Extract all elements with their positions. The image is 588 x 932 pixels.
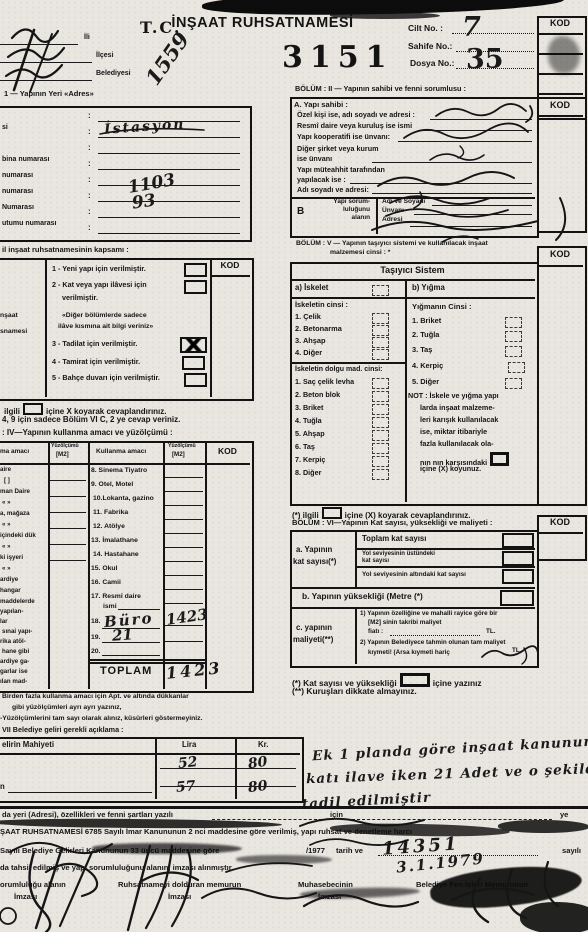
cost-label-line2: maliyeti(**) xyxy=(293,636,333,644)
signature-label-1a: orumluluğu alanın xyxy=(0,881,66,889)
blank-line xyxy=(165,575,203,576)
note-line: NOT : İskele ve yığma yapı xyxy=(408,392,499,400)
divider xyxy=(163,441,165,689)
divider xyxy=(290,362,405,364)
scope-item-5: 5 - Bahçe duvarı için verilmiştir. xyxy=(52,374,160,382)
usage-item-9: 9. Otel, Motel xyxy=(91,481,133,488)
divider xyxy=(290,607,535,609)
usage-item-19: 19. xyxy=(91,634,100,641)
col-header-usage-mid: Kullanma amacı xyxy=(96,449,146,456)
scope-item-1: 1 - Yeni yapı için verilmiştir. xyxy=(52,265,146,273)
scope-checkbox-3-checked xyxy=(180,337,207,353)
divider xyxy=(355,548,535,550)
colon: : xyxy=(88,208,91,216)
above-street-label-1: Yol seviyesinin üstündeki xyxy=(362,551,435,557)
divider xyxy=(376,197,378,234)
infill-checkbox xyxy=(372,391,389,402)
usage-item-16: 16. Camii xyxy=(91,579,121,586)
bottom-line3d: sayılı xyxy=(562,847,581,855)
colon: : xyxy=(88,160,91,168)
masonry-4: 4. Kerpiç xyxy=(412,362,443,370)
floors-value-box xyxy=(502,533,534,548)
divider xyxy=(405,297,535,299)
b-field-name: Adı ve Soyadı xyxy=(382,199,425,206)
company-label-line1: Diğer şirket veya kurum xyxy=(297,145,379,153)
scope-checkbox-1 xyxy=(184,263,207,277)
infill-1: 1. Saç çelik levha xyxy=(295,378,354,386)
handwritten-fee-kurus-2: 80 xyxy=(247,779,268,795)
cost-item-2c: TL. xyxy=(512,648,521,655)
usage-left-item: « » xyxy=(2,522,11,529)
blank-line xyxy=(372,162,532,163)
official-office-label: Resmî daire veya kuruluş ise ismi xyxy=(297,122,412,130)
usage-item-18: 18. xyxy=(91,618,100,625)
above-street-label-2: kat sayısı xyxy=(362,558,389,564)
infill-title: İskeletin dolgu mad. cinsi: xyxy=(295,366,383,373)
infill-checkbox xyxy=(372,378,389,389)
owner-section-title: A. Yapı sahibi : xyxy=(294,101,348,109)
masonry-type-title: Yığmanın Cinsi : xyxy=(412,303,472,311)
contractor-label-line2: yapılacak ise : xyxy=(297,176,346,184)
floors-value-box xyxy=(502,551,534,566)
blank-line xyxy=(350,183,532,184)
blank-line xyxy=(98,153,240,154)
masonry-checkbox xyxy=(505,378,522,389)
scope-item-4: 4 - Tamirat için verilmiştir. xyxy=(52,358,140,366)
divider xyxy=(537,33,583,35)
handwritten-annotation-line1: Ek 1 planda göre inşaat kanununun 3 xyxy=(312,734,588,764)
blank-line xyxy=(398,141,532,142)
contractor-name-label: Adı soyadı ve adresi: xyxy=(297,186,369,194)
blank-line xyxy=(165,533,203,534)
scope-note-line2: ilâve kısmına ait bilgi veriniz» xyxy=(58,323,153,330)
divider xyxy=(88,441,90,689)
usage-left-item: ki işyeri xyxy=(0,555,23,562)
skeleton-type-3: 3. Ahşap xyxy=(295,337,326,345)
address-label: numarası xyxy=(2,172,33,179)
margin-note-line: lar xyxy=(0,619,8,626)
blank-line xyxy=(165,641,203,642)
revenue-row-label: n xyxy=(0,783,5,791)
masonry-checkbox xyxy=(505,346,522,357)
b-row-letter: B xyxy=(297,207,304,218)
infill-checkbox xyxy=(372,443,389,454)
address-label: utumu numarası xyxy=(2,220,56,227)
scope-checkbox-2 xyxy=(184,280,207,294)
skeleton-type-4: 4. Diğer xyxy=(295,349,322,357)
margin-note-line: ılan mad- xyxy=(0,679,27,686)
cilt-no-value: 7 xyxy=(462,14,481,41)
blank-line xyxy=(0,80,92,81)
scan-smudge xyxy=(236,855,332,864)
scope-item-2: 2 - Kat veya yapı ilâvesi için xyxy=(52,281,147,289)
divider xyxy=(155,737,157,799)
kod-box-section2 xyxy=(537,97,587,233)
divider xyxy=(205,441,207,689)
skeleton-type-checkbox xyxy=(372,313,389,324)
masonry-option: b) Yığma xyxy=(412,284,445,292)
address-label: numarası xyxy=(2,188,33,195)
total-floors-label: Toplam kat sayısı xyxy=(362,535,426,543)
blank-line xyxy=(165,603,203,604)
signature-label-1b: İmzası xyxy=(14,893,37,901)
note-line: fazla kullanılacak ola- xyxy=(420,440,494,448)
masonry-3: 3. Taş xyxy=(412,346,432,354)
col-header-area-2a: Yüzölçümü xyxy=(168,444,196,449)
revenue-type-header: elirin Mahiyeti xyxy=(2,741,54,749)
blank-line xyxy=(372,193,532,194)
margin-note-line: maddelerde xyxy=(0,599,35,606)
skeleton-option: a) İskelet xyxy=(295,284,328,292)
ink-blot xyxy=(520,902,588,932)
sahife-no-label: Sahife No.: xyxy=(408,42,452,51)
usage-item-17: 17. Resmî daire xyxy=(91,593,141,600)
masonry-1: 1. Briket xyxy=(412,317,441,325)
section2-header: BÖLÜM : II — Yapının sahibi ve fenni sor… xyxy=(295,85,466,93)
divider xyxy=(290,587,535,589)
blank-line xyxy=(0,44,78,45)
colon: : xyxy=(88,224,91,232)
infill-4: 4. Tuğla xyxy=(295,417,322,425)
blank-line xyxy=(50,496,86,497)
stamp-number: 3151 xyxy=(282,42,394,74)
masonry-5: 5. Diğer xyxy=(412,378,439,386)
side-label-fragment: nşaat xyxy=(0,312,18,319)
cost-item-2b: kıymeti! (Arsa kıymeti hariç xyxy=(368,650,450,657)
section3-footnote-2: 4, 9 için sadece Bölüm VI C, 2 ye cevap … xyxy=(2,416,180,424)
usage-item-15: 15. Okul xyxy=(91,565,117,572)
infill-5: 5. Ahşap xyxy=(295,430,325,438)
scan-smudge xyxy=(92,843,242,854)
bottom-line3c: tarih ve xyxy=(336,847,363,855)
bottom-line1-ye: ye xyxy=(560,811,568,819)
skeleton-type-checkbox xyxy=(372,325,389,336)
form-title: İNŞAAT RUHSATNAMESİ xyxy=(150,16,375,31)
divider xyxy=(48,441,50,689)
blank-line xyxy=(165,625,203,626)
margin-note-line: yapılan- xyxy=(0,609,23,616)
colon: : xyxy=(88,112,91,120)
masonry-2: 2. Tuğla xyxy=(412,331,439,339)
kod-label: KOD xyxy=(537,101,583,110)
blank-line xyxy=(0,62,92,63)
section4-header: : IV—Yapının kullanma amacı ve yüzölçümü… xyxy=(2,429,173,437)
note-line: ise, miktar itibariyle xyxy=(420,428,487,436)
blank-line xyxy=(98,201,240,202)
usage-item-13: 13. İmalathane xyxy=(91,537,138,544)
infill-2: 2. Beton blok xyxy=(295,391,340,399)
margin-note-line: rika atöl- xyxy=(0,639,26,646)
usage-left-item: hangar xyxy=(0,588,21,595)
kurus-header: Kr. xyxy=(258,741,268,749)
usage-item-10: 10.Lokanta, gazino xyxy=(93,495,154,502)
blank-line xyxy=(390,635,480,636)
divider xyxy=(290,297,405,299)
section5-header-line1: BÖLÜM : V — Yapının taşıyıcı sistemi ve … xyxy=(296,240,488,247)
scanned-construction-permit: T.C. İli İlçesi Belediyesi İNŞAAT RUHSAT… xyxy=(0,0,588,932)
bottom-line3b: /1977 xyxy=(306,847,325,855)
bottom-line4: da tahsil edilmiş ve yapı sorumluluğunu … xyxy=(0,864,233,872)
col-header-usage-left: ma amacı xyxy=(0,449,29,456)
infill-checkbox xyxy=(372,469,389,480)
usage-item-20: 20. xyxy=(91,648,100,655)
divider xyxy=(210,275,250,277)
blank-line xyxy=(50,512,86,513)
blank-line xyxy=(50,560,86,561)
scope-item-2b: verilmiştir. xyxy=(62,294,98,302)
section6-header: BÖLÜM : VI—Yapının Kat sayısı, yüksekliğ… xyxy=(292,519,492,527)
note-line: içine (X) koyunuz. xyxy=(420,465,481,473)
section4-note1b: gibi yüzölçümleri ayrı ayrı yazınız, xyxy=(12,704,122,711)
bottom-line1: da yeri (Adresi), özellikleri ve fenni ş… xyxy=(2,811,173,819)
lira-header: Lira xyxy=(182,741,196,749)
blank-line xyxy=(160,786,296,787)
blank-line xyxy=(165,519,203,520)
infill-checkbox xyxy=(372,417,389,428)
divider xyxy=(210,258,212,397)
col-header-area-1b: [M2] xyxy=(56,452,69,459)
margin-note-line: sınai yapı- xyxy=(2,629,32,636)
usage-item-11: 11. Fabrika xyxy=(93,509,128,516)
divider xyxy=(537,115,583,117)
bottom-line1-icin: için xyxy=(330,811,343,819)
handwritten-fee-lira-2: 57 xyxy=(175,779,196,795)
infill-7: 7. Kerpiç xyxy=(295,456,325,464)
kod-label: KOD xyxy=(537,518,583,527)
blank-line xyxy=(165,491,203,492)
signature-label-2a: Ruhsatnameyi dolduran memurun xyxy=(118,881,241,889)
contractor-label-line1: Yapı müteahhit tarafından xyxy=(297,166,385,174)
dosya-no-value: 35 xyxy=(466,46,504,73)
handwritten-annotation-line2: katı ilave iken 21 Adet ve o şekilde xyxy=(306,763,588,787)
section5-header-line2: malzemesi cinsi : * xyxy=(330,249,390,256)
b-role-line3: alanın xyxy=(318,215,370,222)
height-label: b. Yapının yüksekliği (Metre (*) xyxy=(302,592,423,601)
cooperative-label: Yapı kooperatifi ise ünvanı: xyxy=(297,133,390,141)
carrier-system-title: Taşıyıcı Sistem xyxy=(290,266,535,275)
blank-line xyxy=(102,655,160,656)
cost-item-1b: [M2] sinin takribi maliyet xyxy=(368,620,441,627)
kod-label: KOD xyxy=(205,447,250,456)
signature-label-2b: İmzası xyxy=(168,893,191,901)
section6-footnote-2: (**) Kuruşları dikkate almayınız. xyxy=(292,687,417,696)
kod-label: KOD xyxy=(210,261,250,270)
b-field-address: Adresi xyxy=(382,217,403,224)
skeleton-type-checkbox xyxy=(372,337,389,348)
usage-left-item: « » xyxy=(2,500,11,507)
col-header-area-2b: [M2] xyxy=(172,452,185,459)
side-label-fragment: snamesi xyxy=(0,328,27,335)
divider xyxy=(0,463,250,465)
answer-box-glyph xyxy=(23,403,43,415)
margin-note-line: hane gibi xyxy=(2,649,29,656)
blank-line xyxy=(98,233,240,234)
masonry-checkbox xyxy=(505,317,522,328)
b-field-title: Ünvanı xyxy=(382,208,404,215)
province-label: İli xyxy=(84,34,90,41)
usage-left-item: içindeki dük xyxy=(0,533,36,540)
usage-left-item: aire xyxy=(0,467,11,474)
section4-note1a: Birden fazla kullanma amacı için Apt. ve… xyxy=(2,693,189,700)
total-label: TOPLAM xyxy=(100,666,152,678)
usage-left-item: « » xyxy=(2,566,11,573)
col-header-area-1a: Yüzölçümü xyxy=(51,444,79,449)
colon: : xyxy=(88,176,91,184)
usage-item-8: 8. Sinema Tiyatro xyxy=(91,467,147,474)
floors-label-line1: a. Yapının xyxy=(296,546,332,554)
blank-line xyxy=(410,226,532,227)
b-role-line2: luluğunu xyxy=(318,207,370,214)
blank-line xyxy=(165,561,203,562)
blank-line xyxy=(50,528,86,529)
scope-checkbox-5 xyxy=(184,373,207,387)
kod-label: KOD xyxy=(537,19,583,28)
divider xyxy=(355,607,357,664)
blank-line xyxy=(430,119,532,120)
colon: : xyxy=(88,128,91,136)
cost-item-1c: fiatı : xyxy=(368,629,383,636)
company-label-line2: ise ünvanı xyxy=(297,155,332,163)
divider xyxy=(405,279,407,502)
answer-box-glyph xyxy=(400,673,430,687)
note-line: larda inşaat malzeme- xyxy=(420,404,495,412)
kod-box-section5 xyxy=(537,246,587,506)
floors-label-line2: kat sayısı(*) xyxy=(293,558,336,566)
colon: : xyxy=(88,192,91,200)
blank-line xyxy=(98,137,240,138)
usage-left-item: a, mağaza xyxy=(0,511,30,518)
dosya-no-label: Dosya No.: xyxy=(410,59,454,68)
infill-checkbox xyxy=(372,430,389,441)
divider xyxy=(355,530,357,587)
divider xyxy=(537,265,583,267)
scan-smudge xyxy=(548,36,580,74)
blank-line xyxy=(420,130,532,131)
divider xyxy=(0,806,588,809)
skeleton-type-1: 1. Çelik xyxy=(295,313,321,321)
skeleton-type-title: İskeletin cinsi : xyxy=(295,301,348,309)
infill-checkbox xyxy=(372,404,389,415)
masonry-checkbox xyxy=(505,331,522,342)
height-value-box xyxy=(500,590,534,606)
blank-line xyxy=(165,547,203,548)
municipality-label: Belediyesi xyxy=(96,70,131,77)
kod-label: KOD xyxy=(537,250,583,259)
scope-item-3: 3 - Tadilat için verilmiştir. xyxy=(52,340,137,348)
district-label: İlçesi xyxy=(96,52,114,59)
blank-line xyxy=(50,544,86,545)
handwritten-serial: 1559 xyxy=(142,29,193,89)
blank-line xyxy=(165,589,203,590)
address-label: Numarası xyxy=(2,204,34,211)
usage-left-item: ardiye xyxy=(0,577,18,584)
margin-note-line: ardiye ga- xyxy=(0,659,29,666)
divider xyxy=(45,258,47,397)
divider xyxy=(537,93,583,95)
margin-note-line: garlar ise xyxy=(0,669,28,676)
usage-item-12: 12. Atölye xyxy=(93,523,125,530)
infill-6: 6. Taş xyxy=(295,443,315,451)
section4-note2: -Yüzölçümlerini tam sayı olarak alınız, … xyxy=(0,715,202,722)
section1-title: 1 — Yapının Yeri «Adres» xyxy=(4,90,94,98)
address-label: bina numarası xyxy=(2,156,49,163)
usage-item-17b: ismi xyxy=(103,603,117,610)
divider xyxy=(537,532,583,534)
skeleton-type-checkbox xyxy=(372,349,389,360)
skeleton-checkbox xyxy=(372,285,389,296)
owner-person-label: Özel kişi ise, adı soyadı ve adresi : xyxy=(297,111,415,119)
blank-line xyxy=(8,792,152,793)
infill-8: 8. Diğer xyxy=(295,469,321,477)
blank-line xyxy=(98,217,240,218)
scan-smudge xyxy=(498,820,588,833)
usage-left-item: [ ] xyxy=(4,478,10,485)
blank-line xyxy=(165,477,203,478)
blank-line xyxy=(160,768,296,769)
blank-line xyxy=(432,205,532,206)
divider xyxy=(355,566,535,568)
usage-left-item: « » xyxy=(2,544,11,551)
usage-item-14: 14. Hastahane xyxy=(93,551,139,558)
cost-item-1a: 1) Yapının özelliğine ve mahalli rayice … xyxy=(360,611,497,618)
floors-value-box xyxy=(502,569,534,584)
handwritten-lot-no: 93 xyxy=(131,192,157,212)
infill-checkbox xyxy=(372,456,389,467)
infill-3: 3. Briket xyxy=(295,404,323,412)
skeleton-type-2: 2. Betonarma xyxy=(295,325,342,333)
masonry-checkbox xyxy=(508,362,525,373)
section7-intro: VII Belediye geliri gerekli açıklama : xyxy=(2,726,123,734)
cost-item-1d: TL. xyxy=(486,629,495,636)
scope-note-line1: «Diğer bölümlerde sadece xyxy=(62,312,147,319)
colon: : xyxy=(88,144,91,152)
note-line: leri karışık kullanılacak xyxy=(420,416,498,424)
answer-box-glyph xyxy=(490,452,509,466)
divider xyxy=(290,279,535,281)
address-label: si xyxy=(2,124,8,131)
usage-left-item: man Daire xyxy=(0,489,30,496)
blank-line xyxy=(165,505,203,506)
section3-header: il inşaat ruhsatnamesinin kapsamı : xyxy=(2,246,129,254)
b-role-line1: Yapı sorum- xyxy=(318,199,370,206)
cilt-no-label: Cilt No. : xyxy=(408,24,443,33)
below-street-label: Yol seviyesinin altındaki kat sayısı xyxy=(362,572,466,579)
scope-checkbox-4 xyxy=(182,356,205,370)
cost-item-2a: 2) Yapının Belediyece tahmin olunan tam … xyxy=(360,640,505,647)
blank-line xyxy=(102,642,160,643)
cost-label-line1: c. yapının xyxy=(296,624,332,632)
blank-line xyxy=(50,480,86,481)
blank-line xyxy=(414,214,532,215)
